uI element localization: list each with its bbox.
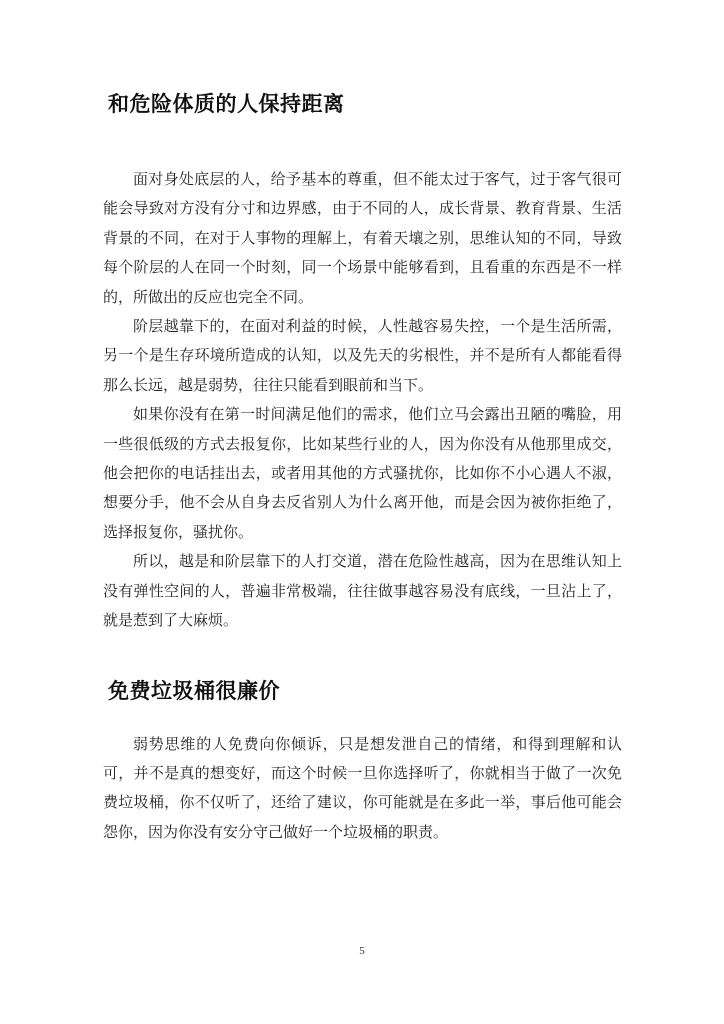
paragraph: 弱势思维的人免费向你倾诉，只是想发泄自己的情绪，和得到理解和认可，并不是真的想变… [103, 731, 622, 849]
page-number: 5 [359, 945, 365, 957]
paragraph: 面对身处底层的人，给予基本的尊重，但不能太过于客气，过于客气很可能会导致对方没有… [103, 166, 622, 313]
section-heading-1: 和危险体质的人保持距离 [108, 92, 622, 118]
document-page: 和危险体质的人保持距离 面对身处底层的人，给予基本的尊重，但不能太过于客气，过于… [0, 0, 724, 1024]
page-footer: 5 [0, 941, 724, 959]
paragraph: 所以，越是和阶层靠下的人打交道，潜在危险性越高，因为在思维认知上没有弹性空间的人… [103, 548, 622, 636]
section-heading-2: 免费垃圾桶很廉价 [108, 679, 622, 705]
page-content: 和危险体质的人保持距离 面对身处底层的人，给予基本的尊重，但不能太过于客气，过于… [0, 0, 724, 848]
paragraph: 如果你没有在第一时间满足他们的需求，他们立马会露出丑陋的嘴脸，用一些很低级的方式… [103, 401, 622, 548]
paragraph: 阶层越靠下的，在面对利益的时候，人性越容易失控，一个是生活所需，另一个是生存环境… [103, 313, 622, 401]
